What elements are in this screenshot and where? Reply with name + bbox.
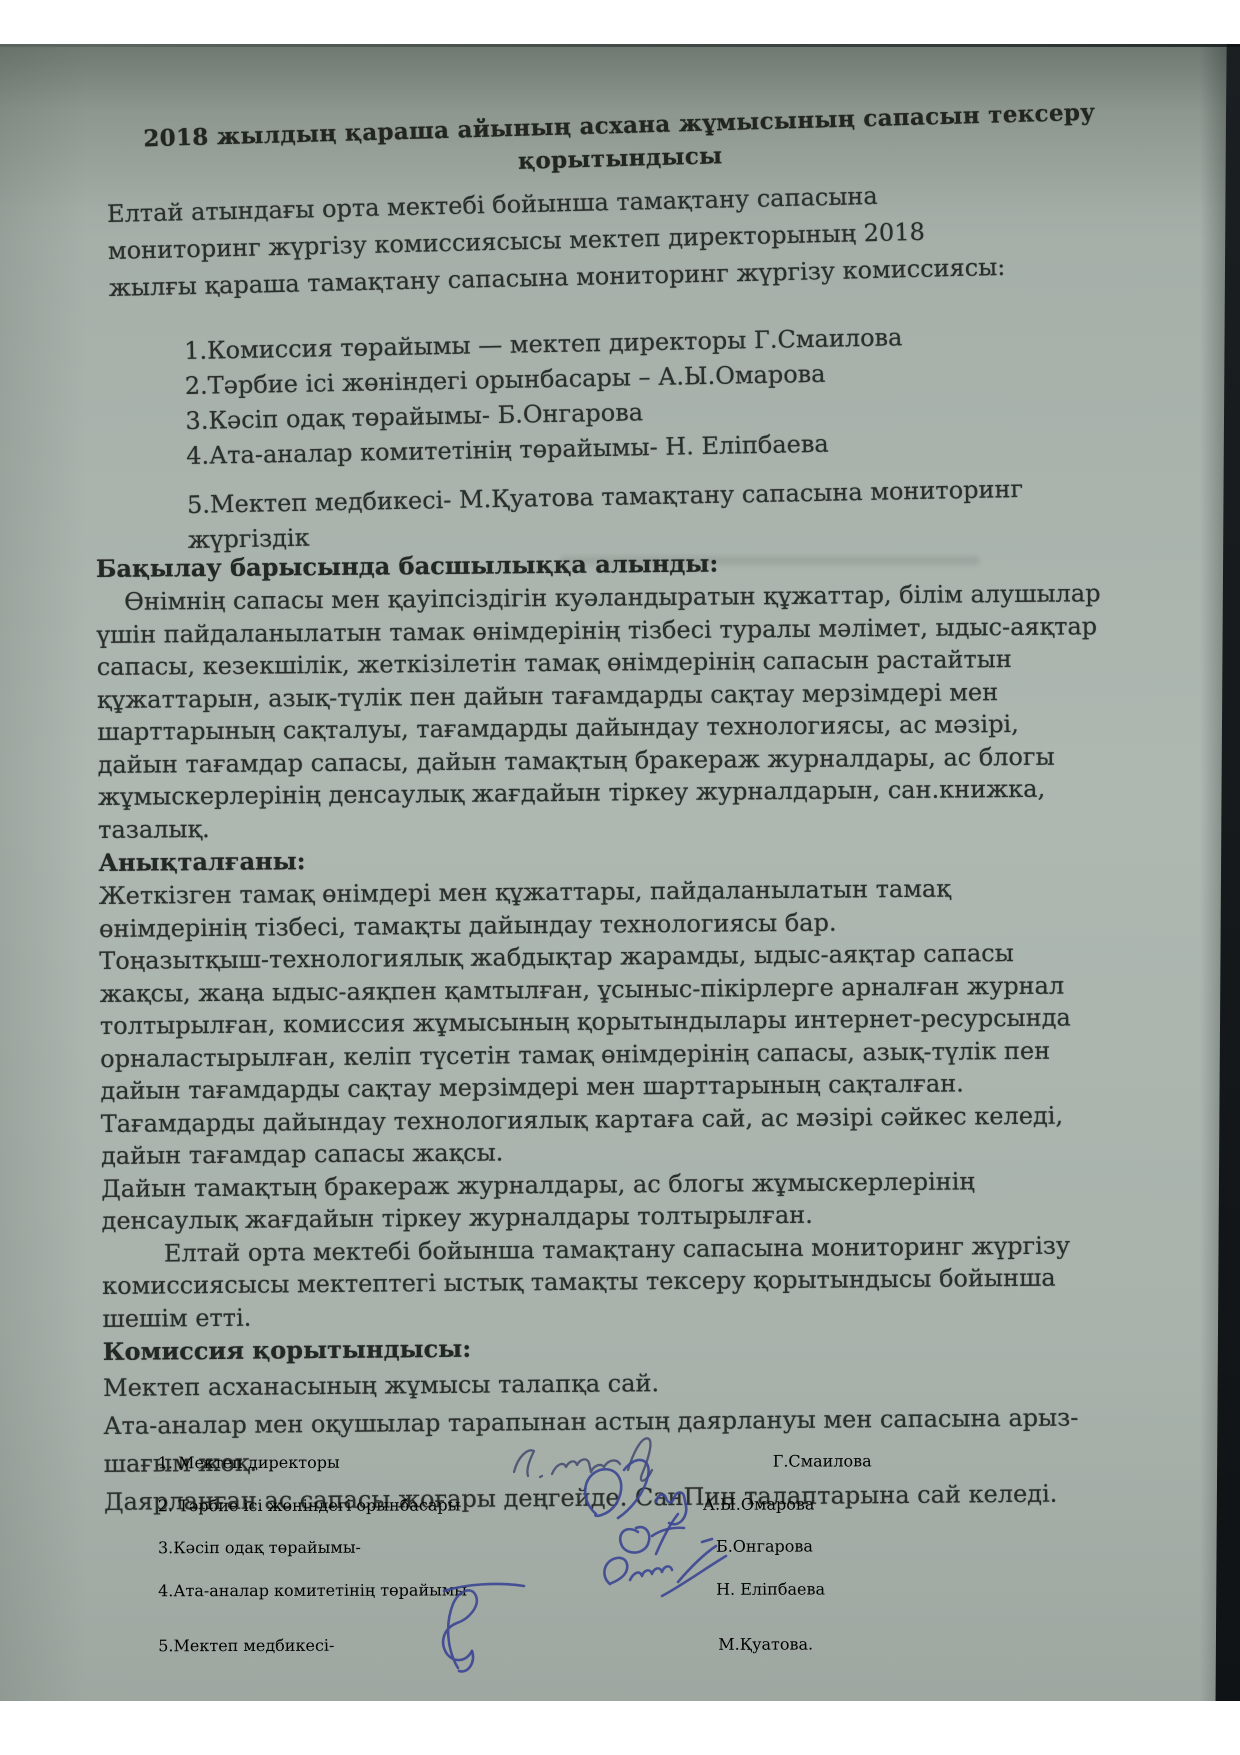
signature-row: 4.Ата-аналар комитетінің төрайымы Н. Елі… xyxy=(158,1578,1108,1623)
finding-paragraph: Дайын тамақтың бракераж журналдары, ас б… xyxy=(101,1164,1107,1238)
signature-row: 5.Мектеп медбикесі- М.Қуатова. xyxy=(158,1634,1108,1679)
guidance-paragraph: Өнімнің сапасы мен қауіпсіздігін куәланд… xyxy=(96,577,1103,846)
signature-row: 1. Мектеп директоры Г.Смаилова xyxy=(158,1451,1108,1496)
finding-paragraph: Тоңазытқыш-технологиялық жабдықтар жарам… xyxy=(99,936,1105,1107)
photo-dark-top-edge xyxy=(0,44,1240,47)
signature-role: 2. Тәрбие ісі жөніндегі орынбасары xyxy=(158,1495,461,1515)
signature-role: 3.Кәсіп одақ төрайымы- xyxy=(158,1538,361,1558)
intro-paragraph: Елтай атындағы орта мектебі бойынша тама… xyxy=(107,175,1014,307)
finding-paragraph: Тағамдарды дайындау технологиялық картағ… xyxy=(101,1099,1107,1173)
signature-row: 2. Тәрбие ісі жөніндегі орынбасары А.Ы.О… xyxy=(158,1493,1108,1538)
signature-name: Н. Еліпбаева xyxy=(716,1579,825,1598)
document-body: Бақылау барысында басшылыққа алынды: Өні… xyxy=(96,543,1109,1521)
signature-role: 1. Мектеп директоры xyxy=(158,1453,340,1472)
signature-name: Г.Смаилова xyxy=(773,1451,872,1470)
finding-paragraph: Жеткізген тамақ өнімдері мен құжаттары, … xyxy=(99,871,1105,945)
signature-role: 5.Мектеп медбикесі- xyxy=(158,1636,334,1655)
commission-members-list: 1.Комиссия төрайымы — мектеп директоры Г… xyxy=(184,317,1088,558)
signatures-block: 1. Мектеп директоры Г.Смаилова 2. Тәрбие… xyxy=(158,1451,1109,1679)
signature-name: Б.Онгарова xyxy=(716,1537,813,1556)
signature-name: А.Ы.Омарова xyxy=(703,1494,815,1513)
signature-name: М.Қуатова. xyxy=(718,1635,813,1654)
finding-paragraph: Елтай орта мектебі бойынша тамақтану сап… xyxy=(102,1229,1108,1335)
page: { "document": { "title": "2018 жылдың қа… xyxy=(0,0,1240,1755)
scanned-document-photo: 2018 жылдың қараша айының асхана жұмысын… xyxy=(0,44,1240,1701)
signature-row: 3.Кәсіп одақ төрайымы- Б.Онгарова xyxy=(158,1536,1108,1581)
signature-role: 4.Ата-аналар комитетінің төрайымы xyxy=(158,1580,467,1600)
